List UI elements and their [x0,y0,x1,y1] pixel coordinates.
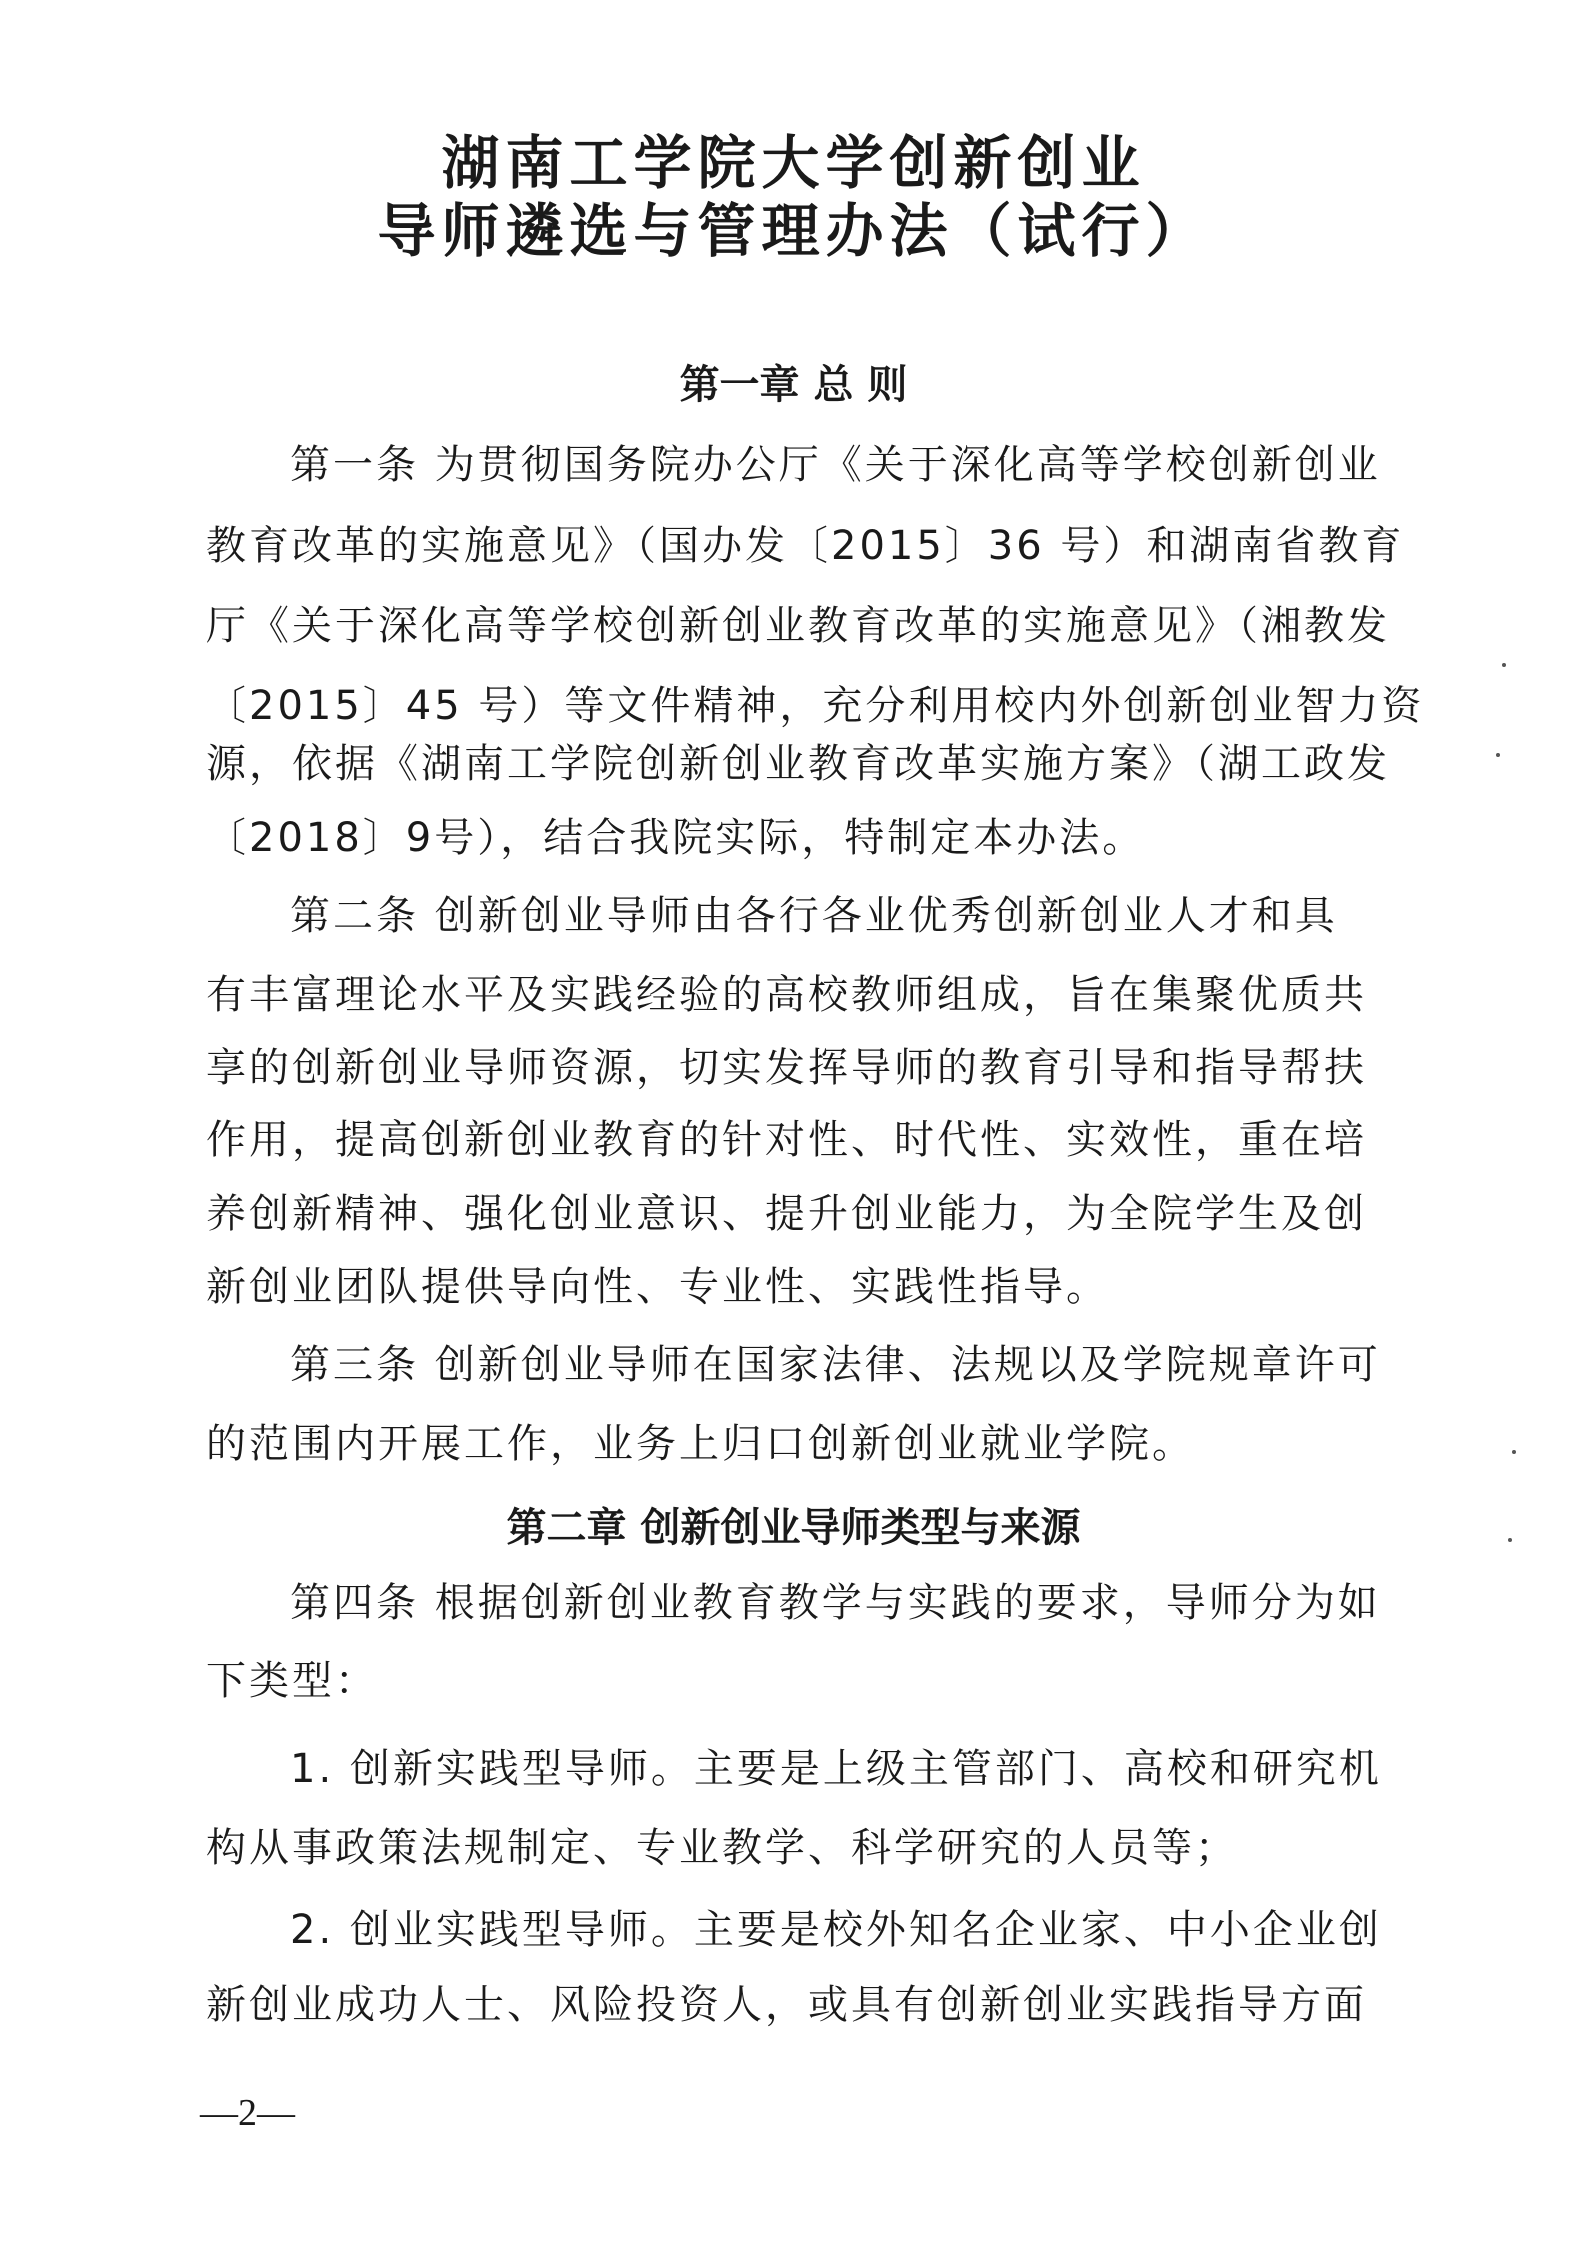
document-title-line-1: 湖南工学院大学创新创业 [0,128,1587,198]
page-number: —2— [200,2090,295,2136]
scan-speck [1512,1450,1516,1454]
list-item-2-line: 2. 创业实践型导师。主要是校外知名企业家、中小企业创 [290,1905,1386,1955]
chapter-heading-1: 第一章 总 则 [0,360,1587,410]
article-3-line: 第三条 创新创业导师在国家法律、法规以及学院规章许可 [290,1340,1386,1390]
article-2-line: 作用，提高创新创业教育的针对性、时代性、实效性，重在培 [206,1115,1386,1165]
list-item-1-line: 构从事政策法规制定、专业教学、科学研究的人员等； [206,1823,1386,1873]
document-title-line-2: 导师遴选与管理办法（试行） [0,196,1587,266]
article-4-line: 第四条 根据创新创业教育教学与实践的要求，导师分为如 [290,1578,1386,1628]
article-2-line: 享的创新创业导师资源，切实发挥导师的教育引导和指导帮扶 [206,1043,1386,1093]
list-item-1-line: 1. 创新实践型导师。主要是上级主管部门、高校和研究机 [290,1744,1386,1794]
article-1-line: 厅《关于深化高等学校创新创业教育改革的实施意见》（湘教发 [206,601,1386,651]
article-1-line: 源，依据《湖南工学院创新创业教育改革实施方案》（湖工政发 [206,739,1386,789]
list-item-2-line: 新创业成功人士、风险投资人，或具有创新创业实践指导方面 [206,1980,1386,2030]
scan-speck [1508,1538,1512,1542]
article-4-line: 下类型： [206,1656,1386,1706]
article-1-line: 〔2018〕9号），结合我院实际，特制定本办法。 [206,813,1386,863]
article-3-line: 的范围内开展工作，业务上归口创新创业就业学院。 [206,1419,1386,1469]
article-1-line: 教育改革的实施意见》（国办发〔2015〕36 号）和湖南省教育 [206,521,1386,571]
scan-speck [1496,753,1500,757]
article-1-line: 〔2015〕45 号）等文件精神，充分利用校内外创新创业智力资 [206,681,1386,731]
article-1-line: 第一条 为贯彻国务院办公厅《关于深化高等学校创新创业 [290,440,1386,490]
article-2-line: 养创新精神、强化创业意识、提升创业能力，为全院学生及创 [206,1189,1386,1239]
chapter-heading-2: 第二章 创新创业导师类型与来源 [0,1503,1587,1553]
scan-speck [1502,663,1506,667]
article-2-line: 新创业团队提供导向性、专业性、实践性指导。 [206,1262,1386,1312]
article-2-line: 有丰富理论水平及实践经验的高校教师组成，旨在集聚优质共 [206,970,1386,1020]
document-page: 湖南工学院大学创新创业 导师遴选与管理办法（试行） 第一章 总 则 第一条 为贯… [0,0,1587,2244]
article-2-line: 第二条 创新创业导师由各行各业优秀创新创业人才和具 [290,891,1386,941]
